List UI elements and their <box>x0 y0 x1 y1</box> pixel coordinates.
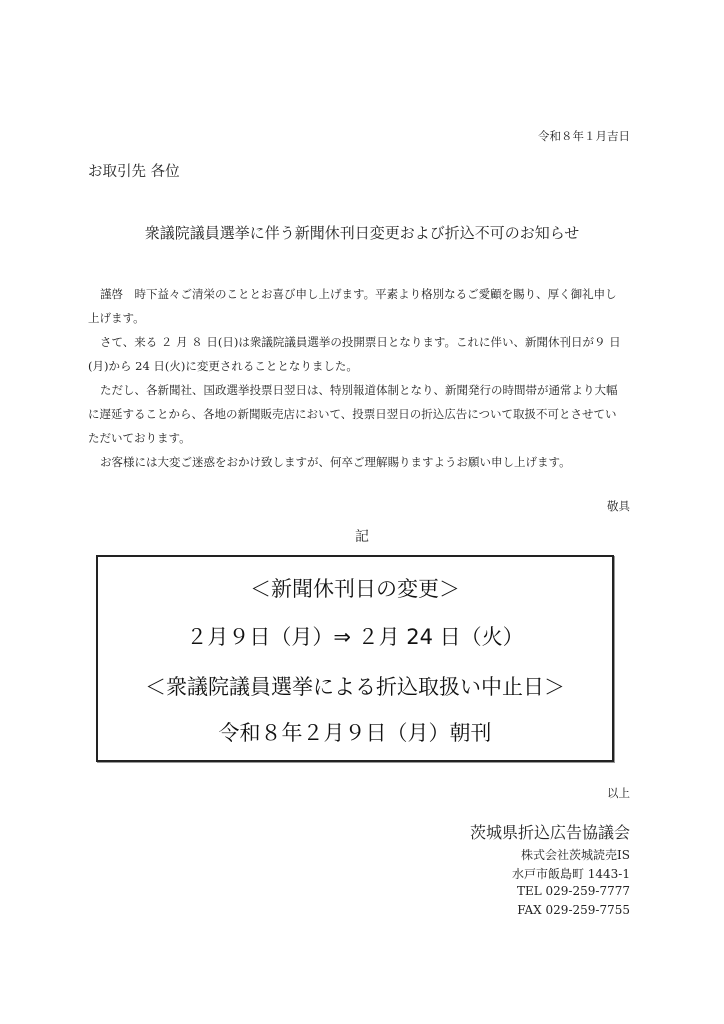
paragraph-apology: お客様には大変ご迷惑をおかけ致しますが、何卒ご理解賜りますようお願い申し上げます… <box>88 450 628 474</box>
body-text: 謹啓 時下益々ご清栄のこととお喜び申し上げます。平素より格別なるご愛顧を賜り、厚… <box>88 282 628 474</box>
paragraph-holiday-change: さて、来る ２ 月 ８ 日(日)は衆議院議員選挙の投開票日となります。これに伴い… <box>88 330 628 378</box>
notice-holiday-change: ２月９日（月）⇒ ２月 24 日（火） <box>98 621 612 651</box>
sender-fax: FAX 029-259-7755 <box>517 903 630 917</box>
end-ijou: 以上 <box>607 785 630 801</box>
sender-company: 株式会社茨城読売IS <box>521 846 630 863</box>
sender-organization: 茨城県折込広告協議会 <box>470 820 630 843</box>
sender-address: 水戸市飯島町 1443-1 <box>512 865 630 882</box>
notice-stop-date: 令和８年２月９日（月）朝刊 <box>98 717 612 747</box>
notice-heading-stop: ＜衆議院議員選挙による折込取扱い中止日＞ <box>98 671 612 701</box>
addressee: お取引先 各位 <box>88 160 180 181</box>
document-date: 令和８年１月吉日 <box>538 128 630 144</box>
paragraph-insert-unavailable: ただし、各新聞社、国政選挙投票日翌日は、特別報道体制となり、新聞発行の時間帯が通… <box>88 378 628 450</box>
closing-keigu: 敬具 <box>607 498 630 514</box>
ki-marker: 記 <box>0 526 724 546</box>
document-title: 衆議院議員選挙に伴う新聞休刊日変更および折込不可のお知らせ <box>0 222 724 243</box>
paragraph-greeting: 謹啓 時下益々ご清栄のこととお喜び申し上げます。平素より格別なるご愛顧を賜り、厚… <box>88 282 628 330</box>
notice-box: ＜新聞休刊日の変更＞ ２月９日（月）⇒ ２月 24 日（火） ＜衆議院議員選挙に… <box>96 555 614 762</box>
notice-heading-holiday: ＜新聞休刊日の変更＞ <box>98 573 612 603</box>
sender-tel: TEL 029-259-7777 <box>517 884 630 898</box>
